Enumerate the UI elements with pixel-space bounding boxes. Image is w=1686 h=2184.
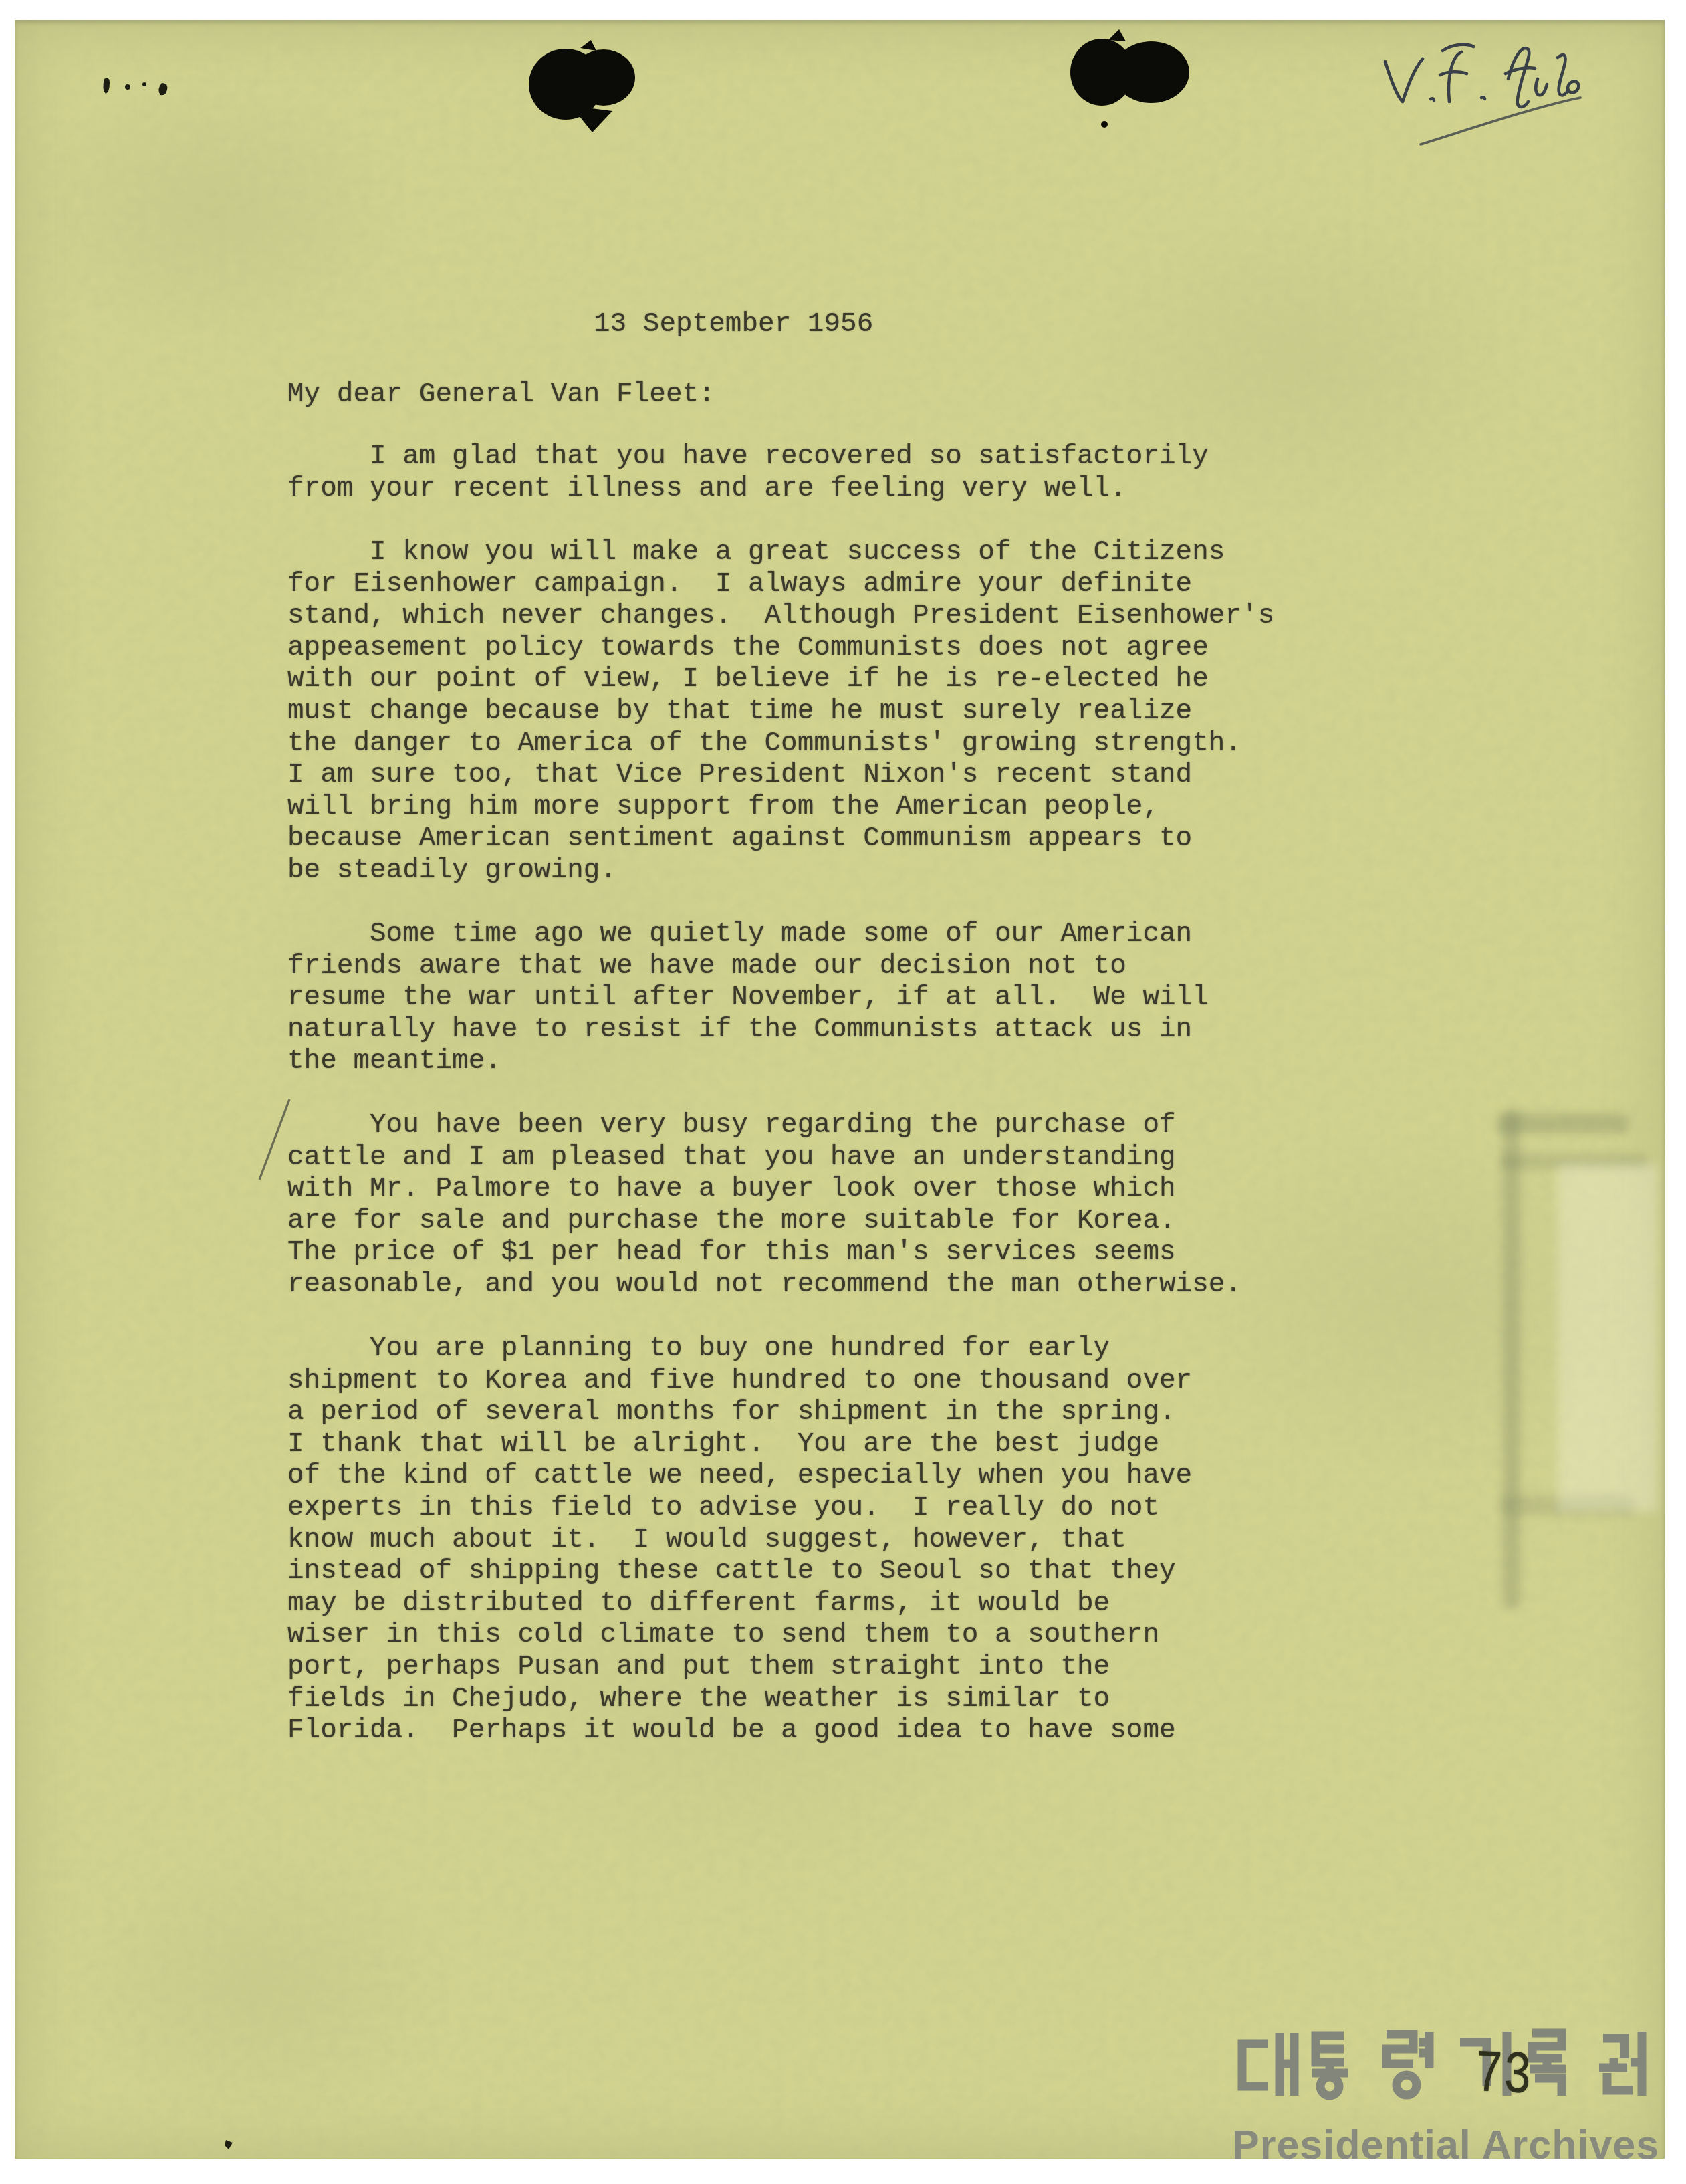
korean-watermark-text	[1235, 2028, 1669, 2100]
page-number-stamp: 73	[1474, 2041, 1532, 2112]
ink-speck-bottom	[225, 2140, 233, 2149]
letter-paragraph: Some time ago we quietly made some of ou…	[287, 919, 1209, 1078]
paper-texture	[15, 20, 1665, 2159]
korean-watermark-string: 대통령기록관	[15, 20, 15, 21]
scanned-page: 13 September 1956 My dear General Van Fl…	[0, 0, 1686, 2184]
handwritten-note	[1385, 45, 1580, 144]
bleed-through-vertical-band	[1503, 1110, 1520, 1608]
letter-paragraph: You are planning to buy one hundred for …	[287, 1333, 1192, 1747]
handwritten-note-text: V.F. file	[15, 20, 15, 21]
letter-paragraph: I know you will make a great success of …	[287, 537, 1274, 887]
letter-paragraph: I am glad that you have recovered so sat…	[287, 441, 1209, 505]
english-watermark-text: Presidential Archives	[1232, 2121, 1659, 2168]
punch-ink-blob-right	[1070, 29, 1189, 128]
bleed-through-band	[1497, 1113, 1629, 1133]
pencil-check-mark	[259, 1099, 289, 1180]
ink-specks	[103, 78, 167, 95]
salutation: My dear General Van Fleet:	[287, 379, 715, 411]
letter-paragraph: You have been very busy regarding the pu…	[287, 1110, 1241, 1301]
bleed-through-light-patch	[1558, 1164, 1658, 1511]
punch-ink-blob-left	[529, 40, 635, 132]
date-line: 13 September 1956	[594, 309, 873, 341]
letter-paper: 13 September 1956 My dear General Van Fl…	[15, 20, 1665, 2159]
